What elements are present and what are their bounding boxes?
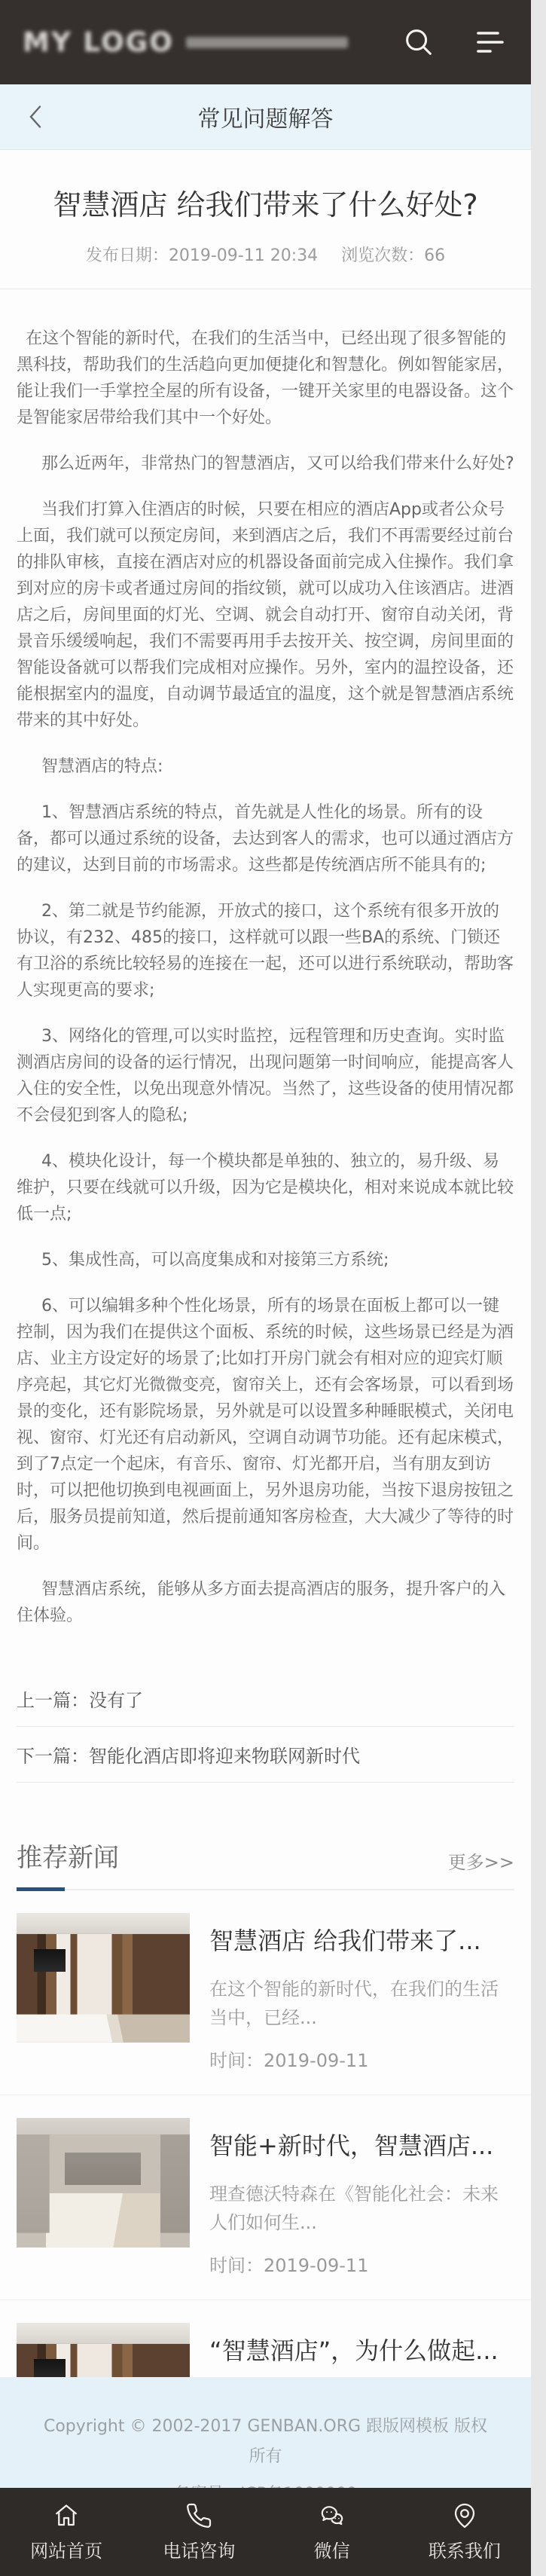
page: MY LOGO: [0, 0, 531, 2576]
location-pin-icon: [451, 2502, 478, 2529]
nav-item-label: 电话咨询: [163, 2536, 235, 2562]
article-paragraph: 智慧酒店系统，能够从多方面去提高酒店的服务，提升客户的入住体验。: [17, 1576, 514, 1629]
menu-icon[interactable]: [472, 26, 508, 59]
logo-tagline-blurred: [186, 37, 348, 48]
view-count: 浏览次数：66: [341, 246, 445, 265]
article-paragraph: 1、智慧酒店系统的特点，首先就是人性化的场景。所有的设备，都可以通过系统的设备，…: [17, 799, 514, 879]
screen: MY LOGO: [0, 0, 546, 2576]
home-icon: [53, 2502, 80, 2529]
article-paragraph: 在这个智能的新时代，在我们的生活当中，已经出现了很多智能的黑科技，帮助我们的生活…: [17, 325, 514, 431]
nav-item-label: 联系我们: [429, 2536, 501, 2562]
article-header: 智慧酒店 给我们带来了什么好处? 发布日期：2019-09-11 20:34 浏…: [0, 150, 531, 289]
article-paragraph: 当我们打算入住酒店的时候，只要在相应的酒店App或者公众号上面，我们就可以预定房…: [17, 497, 514, 734]
article-paragraph: 3、网络化的管理,可以实时监控，远程管理和历史查询。实时监测酒店房间的设备的运行…: [17, 1023, 514, 1129]
news-item-excerpt: 理查德沃特森在《智能化社会：未来人们如何生...: [209, 2180, 514, 2237]
nav-item-contact[interactable]: 联系我们: [398, 2488, 531, 2576]
nav-item-label: 微信: [314, 2536, 350, 2562]
page-title: 常见问题解答: [198, 100, 334, 133]
news-list-item[interactable]: 智能+新时代，智慧酒店... 理查德沃特森在《智能化社会：未来人们如何生... …: [0, 2095, 531, 2300]
nav-item-wechat[interactable]: 微信: [266, 2488, 398, 2576]
article-paragraph: 智慧酒店的特点:: [17, 753, 514, 780]
news-item-time: 时间：2019-09-11: [209, 2251, 514, 2277]
news-section-title: 推荐新闻: [17, 1837, 119, 1874]
news-section-divider: [17, 1889, 514, 1890]
article-paragraph: 2、第二就是节约能源，开放式的接口，这个系统有很多开放的协议，有232、485的…: [17, 898, 514, 1004]
news-item-time: 时间：2019-09-11: [209, 2046, 514, 2072]
news-thumbnail[interactable]: [17, 2118, 190, 2248]
news-section-header: 推荐新闻 更多>>: [0, 1837, 531, 1874]
news-item-body: 智能+新时代，智慧酒店... 理查德沃特森在《智能化社会：未来人们如何生... …: [209, 2118, 514, 2277]
header-actions: [401, 25, 508, 60]
back-icon[interactable]: [24, 84, 47, 149]
news-item-body: 智慧酒店 给我们带来了... 在这个智能的新时代，在我们的生活当中，已经... …: [209, 1913, 514, 2072]
logo-text: MY LOGO: [23, 27, 174, 58]
article-meta: 发布日期：2019-09-11 20:34 浏览次数：66: [17, 243, 514, 266]
news-item-title[interactable]: 智慧酒店 给我们带来了...: [209, 1922, 514, 1957]
article-paragraph: 那么近两年，非常热门的智慧酒店，又可以给我们带来什么好处?: [17, 451, 514, 477]
article-body: 在这个智能的新时代，在我们的生活当中，已经出现了很多智能的黑科技，帮助我们的生活…: [0, 289, 531, 1629]
top-header: MY LOGO: [0, 0, 531, 84]
article-title: 智慧酒店 给我们带来了什么好处?: [17, 182, 514, 223]
phone-icon: [185, 2502, 212, 2529]
news-item-excerpt: 在这个智能的新时代，在我们的生活当中，已经...: [209, 1975, 514, 2032]
news-list-item[interactable]: 智慧酒店 给我们带来了... 在这个智能的新时代，在我们的生活当中，已经... …: [0, 1890, 531, 2095]
article-paragraph: 4、模块化设计，每一个模块都是单独的、独立的，易升级、易维护，只要在线就可以升级…: [17, 1148, 514, 1227]
news-thumbnail[interactable]: [17, 1913, 190, 2043]
article-paragraph: 5、集成性高，可以高度集成和对接第三方系统;: [17, 1247, 514, 1273]
more-link[interactable]: 更多>>: [448, 1847, 514, 1874]
prev-next-links: 上一篇：没有了 下一篇：智能化酒店即将迎来物联网新时代: [17, 1671, 514, 1783]
page-title-bar: 常见问题解答: [0, 84, 531, 150]
prev-article-link[interactable]: 上一篇：没有了: [17, 1671, 514, 1727]
nav-item-home[interactable]: 网站首页: [0, 2488, 133, 2576]
copyright-text: Copyright © 2002-2017 GENBAN.ORG 跟版网模板 版…: [40, 2377, 492, 2472]
nav-item-label: 网站首页: [30, 2536, 102, 2562]
article-paragraph: 6、可以编辑多种个性化场景，所有的场景在面板上都可以一键控制，因为我们在提供这个…: [17, 1293, 514, 1557]
news-item-title[interactable]: 智能+新时代，智慧酒店...: [209, 2127, 514, 2162]
wechat-icon: [318, 2502, 346, 2529]
site-logo[interactable]: MY LOGO: [23, 27, 348, 58]
publish-date: 发布日期：2019-09-11 20:34: [86, 246, 318, 265]
news-item-title[interactable]: “智慧酒店”，为什么做起...: [209, 2332, 514, 2367]
search-icon[interactable]: [401, 25, 436, 60]
bottom-nav: 网站首页 电话咨询 微信: [0, 2488, 531, 2576]
nav-item-phone[interactable]: 电话咨询: [133, 2488, 265, 2576]
next-article-link[interactable]: 下一篇：智能化酒店即将迎来物联网新时代: [17, 1727, 514, 1783]
